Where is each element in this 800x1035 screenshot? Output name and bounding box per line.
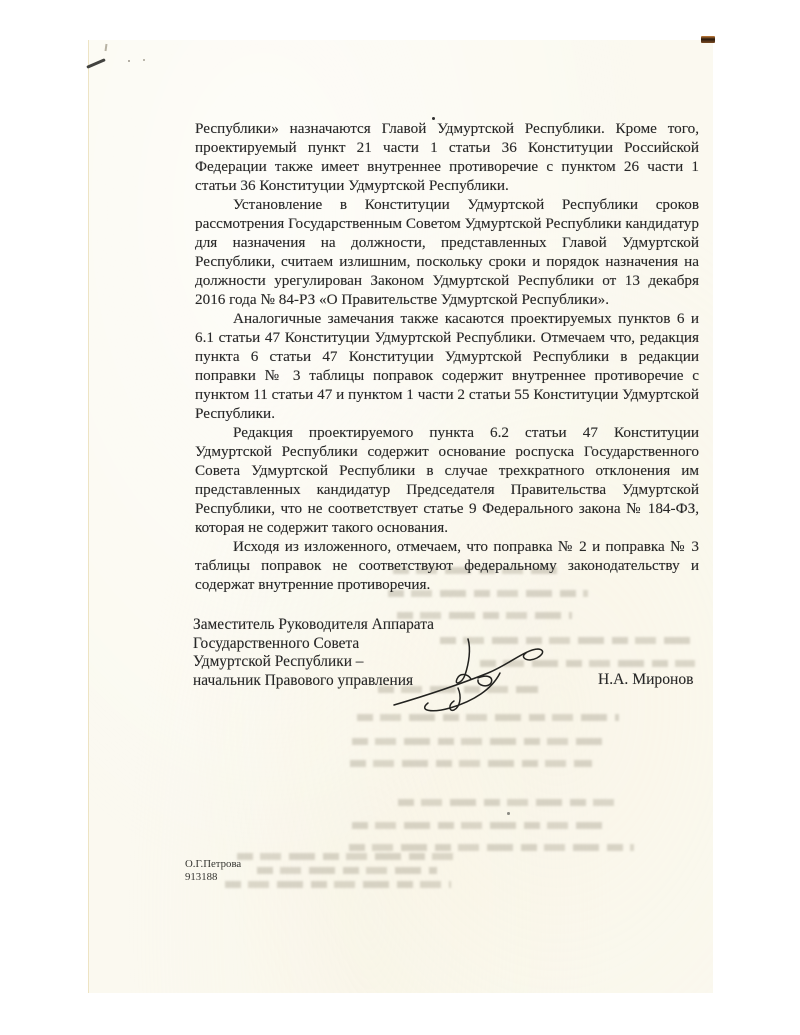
paragraph: Установление в Конституции Удмуртской Ре… <box>195 195 699 309</box>
paragraph: Республики» назначаются Главой Удмуртско… <box>195 119 699 195</box>
bleed-line <box>225 881 451 888</box>
letter-body: Республики» назначаются Главой Удмуртско… <box>195 119 699 594</box>
signatory-title-line: Заместитель Руководителя Аппарата <box>193 616 434 635</box>
ink-dot <box>507 812 510 815</box>
dust-speck <box>128 60 130 62</box>
ink-dot <box>432 117 435 120</box>
executor-phone: 913188 <box>185 871 241 884</box>
paragraph: Исходя из изложенного, отмечаем, что поп… <box>195 537 699 594</box>
dust-speck <box>143 59 145 61</box>
bleed-line <box>350 760 592 767</box>
paragraph: Редакция проектируемого пункта 6.2 стать… <box>195 423 699 537</box>
bleed-line <box>398 799 618 806</box>
paragraph: Аналогичные замечания также касаются про… <box>195 309 699 423</box>
bleed-line <box>257 867 437 874</box>
handwritten-signature <box>388 633 598 728</box>
bleed-line <box>349 844 634 851</box>
bleed-line <box>352 822 610 829</box>
staple-mark <box>701 36 715 43</box>
scanned-letter-page: Республики» назначаются Главой Удмуртско… <box>0 0 800 1035</box>
bleed-line <box>352 738 604 745</box>
executor-name: О.Г.Петрова <box>185 858 241 871</box>
bleed-line <box>237 853 459 860</box>
executor-note: О.Г.Петрова 913188 <box>185 858 241 884</box>
signatory-name: Н.А. Миронов <box>598 671 694 689</box>
